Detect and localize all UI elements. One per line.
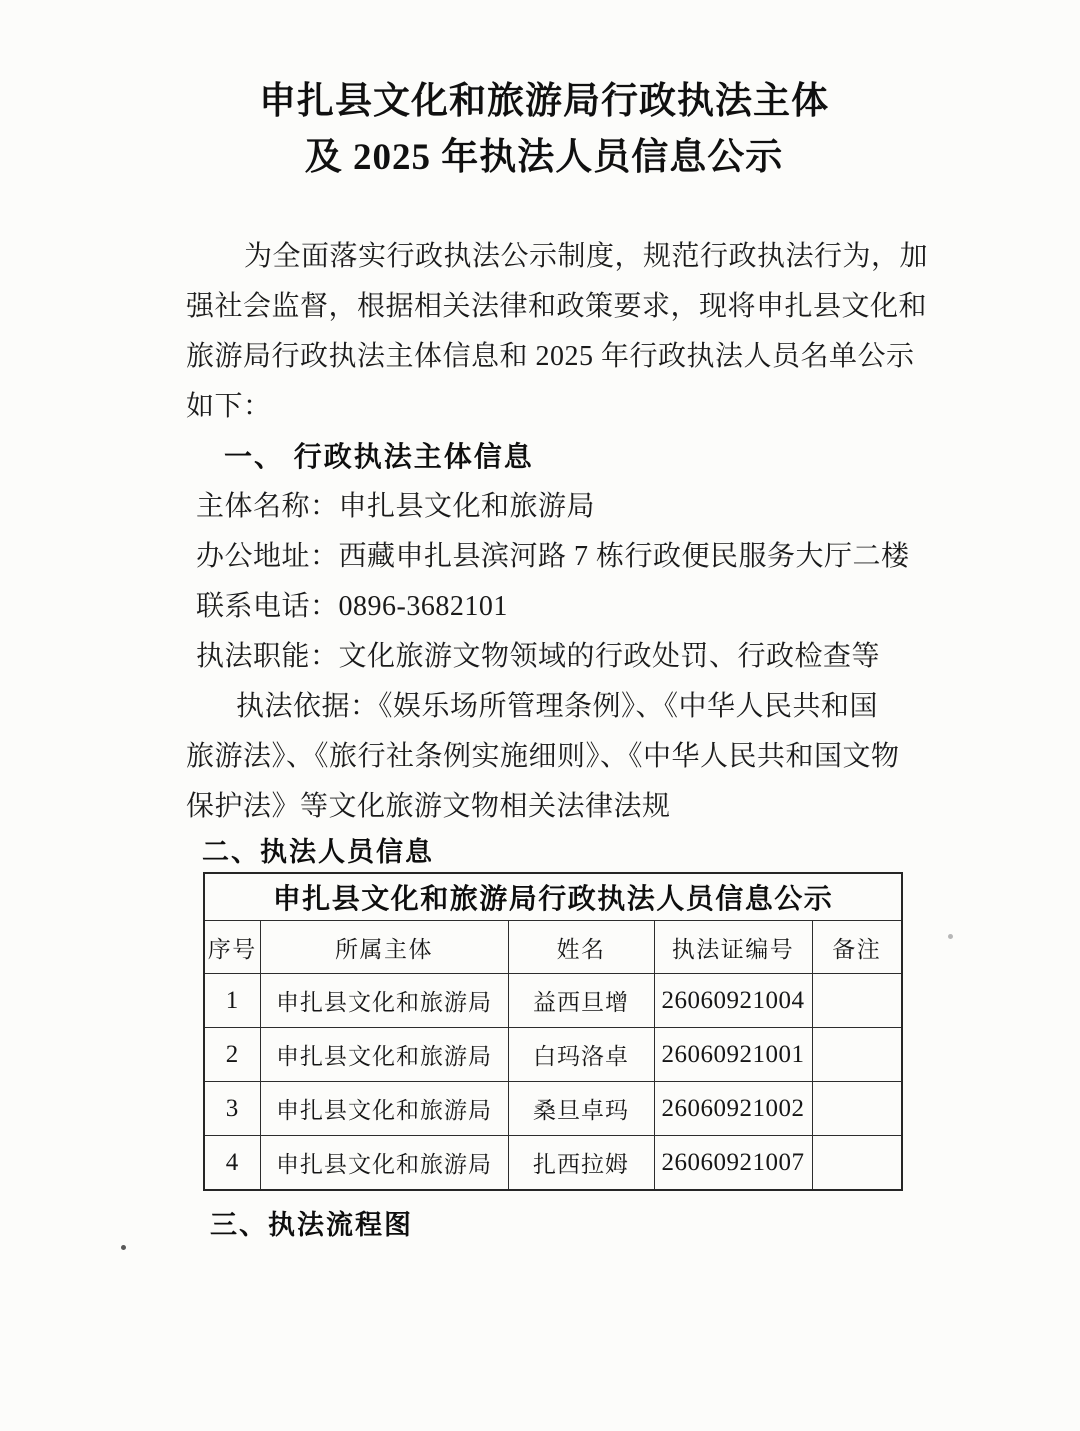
paragraph-line: 旅游局行政执法主体信息和 2025 年行政执法人员名单公示 [186,332,902,382]
legal-basis-line: 执法依据：《娱乐场所管理条例》、《中华人民共和国 [236,682,902,732]
enforcement-function-line: 执法职能：文化旅游文物领域的行政处罚、行政检查等 [196,632,902,682]
title-line-1: 申扎县文化和旅游局行政执法主体 [186,74,902,130]
table-title: 申扎县文化和旅游局行政执法人员信息公示 [204,873,902,921]
cell-cert-no: 26060921001 [654,1028,812,1082]
header-cell-name: 姓名 [508,921,654,974]
cell-cert-no: 26060921002 [654,1082,812,1136]
table-header-row: 序号 所属主体 姓名 执法证编号 备注 [204,921,902,974]
cell-name: 益西旦增 [508,974,654,1028]
header-cell-index: 序号 [204,921,260,974]
cell-name: 桑旦卓玛 [508,1082,654,1136]
cell-name: 白玛洛卓 [508,1028,654,1082]
cell-authority: 申扎县文化和旅游局 [260,1136,508,1191]
paragraph-line: 为全面落实行政执法公示制度，规范行政执法行为，加 [186,232,902,282]
section-1-heading: 一、 行政执法主体信息 [224,432,902,482]
cell-remark [812,1028,902,1082]
document-page: 申扎县文化和旅游局行政执法主体 及 2025 年执法人员信息公示 为全面落实行政… [0,0,1080,1431]
cell-name: 扎西拉姆 [508,1136,654,1191]
paragraph-line: 如下： [186,382,902,432]
cell-cert-no: 26060921004 [654,974,812,1028]
legal-basis-line: 保护法》等文化旅游文物相关法律法规 [186,782,902,832]
scan-speck [121,1245,126,1250]
document-title: 申扎县文化和旅游局行政执法主体 及 2025 年执法人员信息公示 [186,74,902,186]
cell-authority: 申扎县文化和旅游局 [260,1082,508,1136]
cell-index: 2 [204,1028,260,1082]
header-cell-cert-no: 执法证编号 [654,921,812,974]
cell-index: 3 [204,1082,260,1136]
header-cell-authority: 所属主体 [260,921,508,974]
office-address-line: 办公地址：西藏申扎县滨河路 7 栋行政便民服务大厅二楼 [196,532,902,582]
section-3-heading: 三、执法流程图 [210,1205,902,1245]
title-line-2: 及 2025 年执法人员信息公示 [186,130,902,186]
phone-number-line: 联系电话：0896-3682101 [196,582,902,632]
cell-index: 1 [204,974,260,1028]
table-row: 1 申扎县文化和旅游局 益西旦增 26060921004 [204,974,902,1028]
table-row: 2 申扎县文化和旅游局 白玛洛卓 26060921001 [204,1028,902,1082]
table-row: 3 申扎县文化和旅游局 桑旦卓玛 26060921002 [204,1082,902,1136]
section-2-heading: 二、执法人员信息 [202,832,902,872]
table-row: 4 申扎县文化和旅游局 扎西拉姆 26060921007 [204,1136,902,1191]
personnel-table: 申扎县文化和旅游局行政执法人员信息公示 序号 所属主体 姓名 执法证编号 备注 … [203,872,903,1191]
cell-authority: 申扎县文化和旅游局 [260,974,508,1028]
cell-cert-no: 26060921007 [654,1136,812,1191]
document-content: 申扎县文化和旅游局行政执法主体 及 2025 年执法人员信息公示 为全面落实行政… [186,74,902,1245]
cell-remark [812,1082,902,1136]
cell-index: 4 [204,1136,260,1191]
scan-speck [948,934,953,939]
subject-name-line: 主体名称：申扎县文化和旅游局 [196,482,902,532]
cell-remark [812,974,902,1028]
paragraph-line: 强社会监督，根据相关法律和政策要求，现将申扎县文化和 [186,282,902,332]
intro-paragraph: 为全面落实行政执法公示制度，规范行政执法行为，加 强社会监督，根据相关法律和政策… [186,232,902,432]
legal-basis-line: 旅游法》、《旅行社条例实施细则》、《中华人民共和国文物 [186,732,902,782]
header-cell-remark: 备注 [812,921,902,974]
cell-remark [812,1136,902,1191]
cell-authority: 申扎县文化和旅游局 [260,1028,508,1082]
table-title-row: 申扎县文化和旅游局行政执法人员信息公示 [204,873,902,921]
